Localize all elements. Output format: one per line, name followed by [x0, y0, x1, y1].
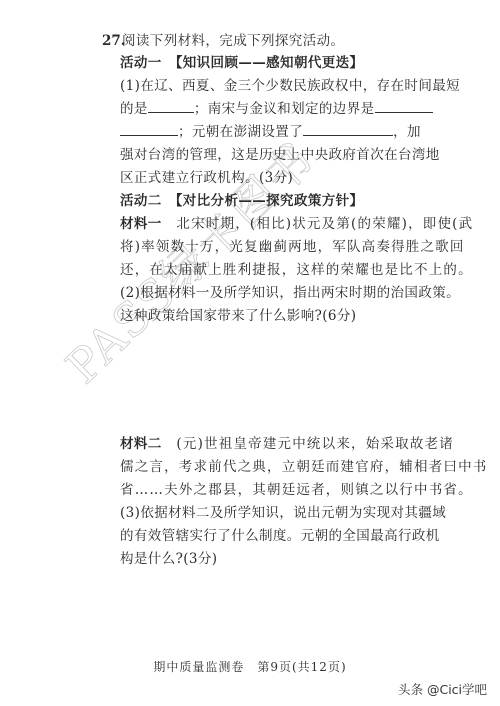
material1-line2: 将)率领数十万，光复幽蓟两地，军队高奏得胜之歌回 — [120, 238, 402, 256]
material2-line1: 材料二 (元)世祖皇帝建元中统以来，始采取故老诸 — [120, 435, 402, 453]
q1-line5: 区正式建立行政机构。(3分) — [120, 169, 402, 187]
material1-line1: 材料一 北宋时期，(相比)状元及第(的荣耀)，即使(武 — [120, 215, 402, 233]
answer-blank-2[interactable] — [375, 100, 433, 113]
material1-label: 材料一 — [120, 216, 162, 232]
q1-line1: (1)在辽、西夏、金三个少数民族政权中，存在时间最短 — [120, 77, 402, 95]
answer-blank-2-cont[interactable] — [120, 123, 178, 136]
q3-line1: (3)依据材料二及所学知识，说出元朝为实现对其疆域 — [120, 504, 402, 522]
q1-text-a: 的是 — [120, 101, 148, 117]
material1-line3: 还，在太庙献上胜利捷报，这样的荣耀也是比不上的。 — [120, 261, 402, 279]
answer-blank-3[interactable] — [303, 123, 393, 136]
q1-line4: 强对台湾的管理，这是历史上中央政府首次在台湾地 — [120, 146, 402, 164]
q1-line2: 的是；南宋与金议和划定的边界是 — [120, 100, 402, 118]
q3-line2: 的有效管辖实行了什么制度。元朝的全国最高行政机 — [120, 527, 402, 545]
material2-line3: 省……夫外之郡县，其朝廷远者，则镇之以行中书省。 — [120, 481, 402, 499]
answer-blank-1[interactable] — [148, 100, 194, 113]
activity2-title: 活动二 【对比分析——探究政策方针】 — [120, 192, 402, 210]
exam-page: PASS绿卡图书 27. 阅读下列材料，完成下列探究活动。 活动一 【知识回顾—… — [0, 0, 500, 706]
q2-line1: (2)根据材料一及所学知识，指出两宋时期的治国政策。 — [120, 284, 402, 302]
page-footer: 期中质量监测卷 第9页(共12页) — [0, 658, 500, 675]
material2-label: 材料二 — [120, 436, 162, 452]
q1-text-d: ，加 — [393, 124, 421, 140]
q1-line3: ；元朝在澎湖设置了，加 — [120, 123, 402, 141]
q1-text-c: ；元朝在澎湖设置了 — [178, 124, 303, 140]
q2-line2: 这种政策给国家带来了什么影响?(6分) — [120, 307, 402, 325]
question-intro: 阅读下列材料，完成下列探究活动。 — [122, 32, 404, 50]
source-tag: 头条 @Cici学吧 — [398, 680, 487, 698]
activity1-title: 活动一 【知识回顾——感知朝代更迭】 — [120, 54, 402, 72]
q1-text-b: ；南宋与金议和划定的边界是 — [194, 101, 375, 117]
material2-line2: 儒之言，考求前代之典，立朝廷而建官府，辅相者曰中书 — [120, 458, 402, 476]
q3-line3: 构是什么?(3分) — [120, 550, 402, 568]
